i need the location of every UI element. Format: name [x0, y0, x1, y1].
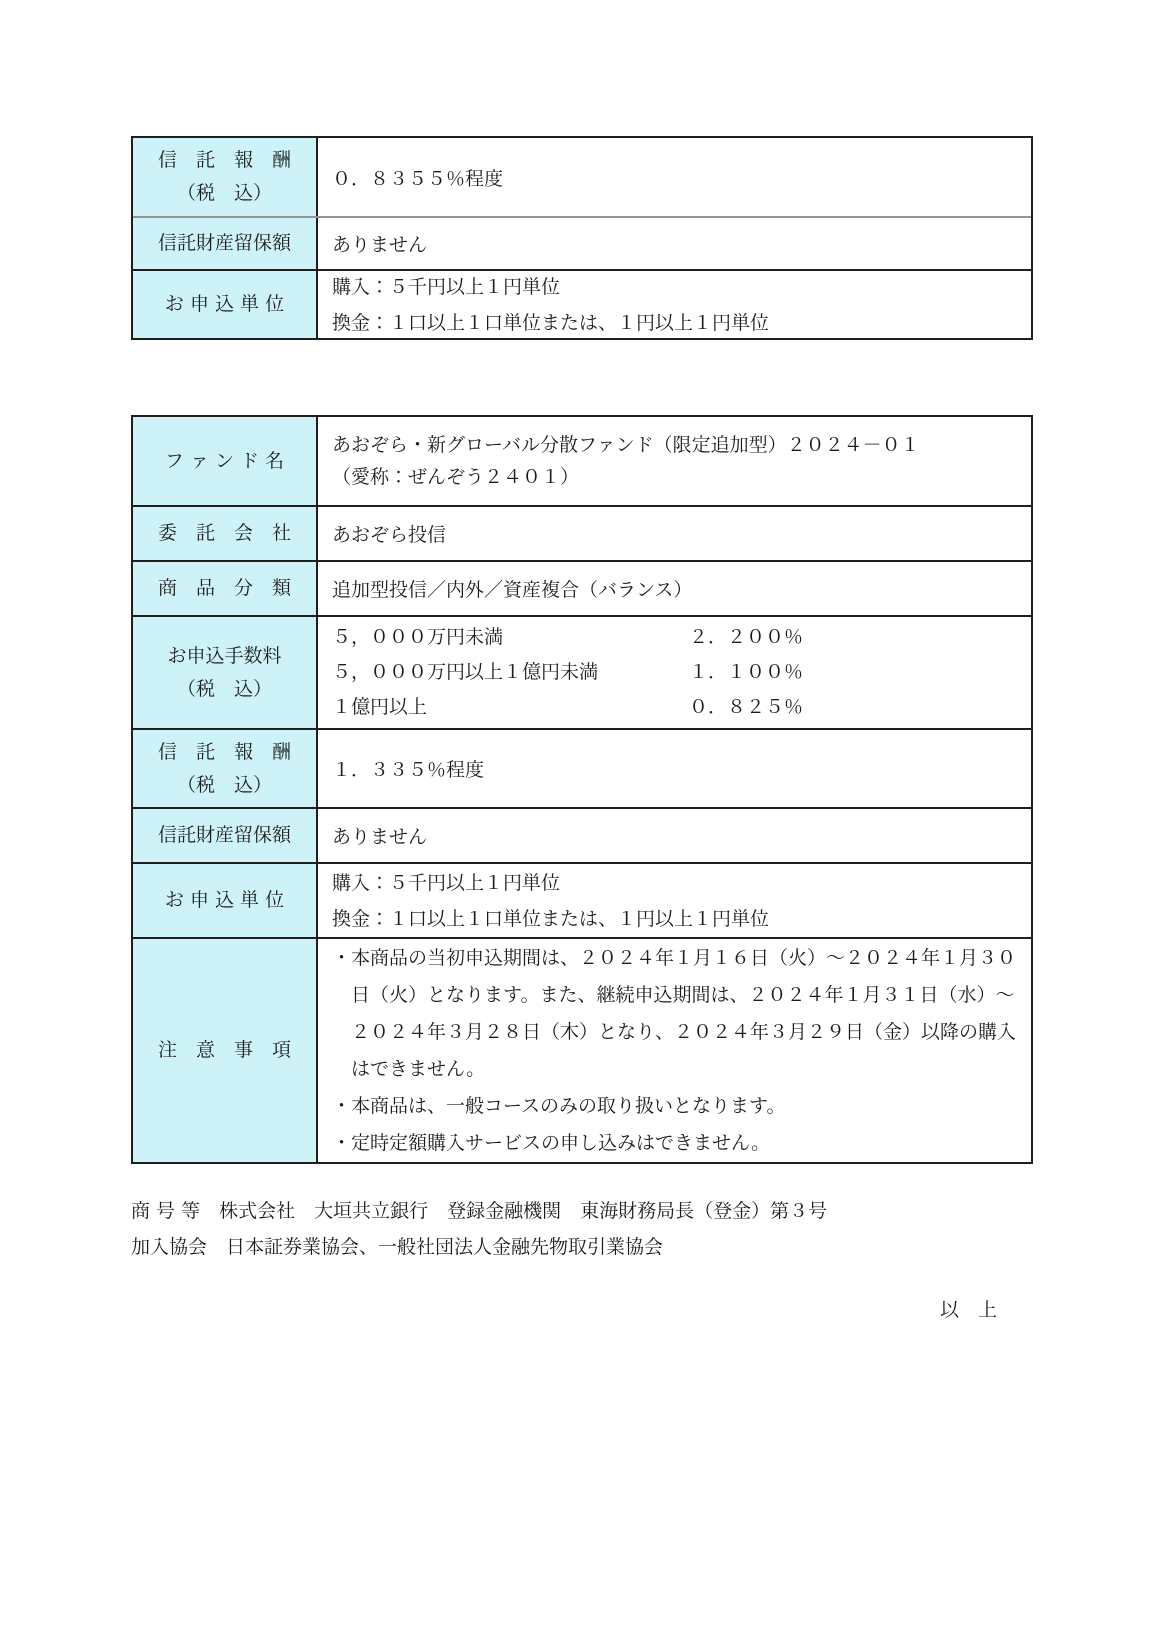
row-label-application-fee: お申込手数料 （税 込） — [133, 617, 318, 728]
table-row-trust-fee: 信 託 報 酬 （税 込） １．３３５％程度 — [133, 728, 1031, 807]
row-label-fund-name: フ ァ ン ド 名 — [133, 417, 318, 505]
fee-tier: １億円以上 ０．８２５％ — [332, 690, 1019, 725]
note-item: ・本商品の当初申込期間は、２０２４年１月１６日（火）～２０２４年１月３０日（火）… — [332, 940, 1019, 1088]
row-value-application-units: 購入：５千円以上１円単位 換金：１口以上１口単位または、１円以上１円単位 — [318, 271, 1031, 338]
label-line: フ ァ ン ド 名 — [165, 445, 284, 478]
label-line: 注 意 事 項 — [158, 1034, 291, 1067]
row-value-notes: ・本商品の当初申込期間は、２０２４年１月１６日（火）～２０２４年１月３０日（火）… — [318, 939, 1031, 1162]
label-line: （税 込） — [177, 673, 272, 706]
note-item: ・本商品は、一般コースのみの取り扱いとなります。 — [332, 1088, 1019, 1125]
row-value-fund-name: あおぞら・新グローバル分散ファンド（限定追加型）２０２４－０１ （愛称：ぜんぞう… — [318, 417, 1031, 505]
value-line-redemption: 換金：１口以上１口単位または、１円以上１円単位 — [332, 305, 1019, 341]
table-row-trust-fee: 信 託 報 酬 （税 込） ０．８３５５％程度 — [133, 138, 1031, 216]
row-label-notes: 注 意 事 項 — [133, 939, 318, 1162]
label-line: 委 託 会 社 — [158, 517, 291, 550]
label-line: （税 込） — [177, 769, 272, 802]
row-value-retained-assets: ありません — [318, 809, 1031, 862]
value-line-fund-title: あおぞら・新グローバル分散ファンド（限定追加型）２０２４－０１ — [332, 429, 1019, 461]
value-line: ありません — [332, 822, 1019, 849]
fee-tier-rate: １．１００％ — [689, 655, 1019, 690]
label-line: 信 託 報 酬 — [158, 144, 291, 177]
value-line-redemption: 換金：１口以上１口単位または、１円以上１円単位 — [332, 901, 1019, 937]
fund-summary-table-top: 信 託 報 酬 （税 込） ０．８３５５％程度 信託財産留保額 ありません お … — [131, 136, 1033, 340]
footer-association-line: 加入協会 日本証券業協会、一般社団法人金融先物取引業協会 — [131, 1234, 663, 1260]
row-label-application-units: お 申 込 単 位 — [133, 271, 318, 338]
value-line: ありません — [332, 230, 1019, 257]
table-row-application-units: お 申 込 単 位 購入：５千円以上１円単位 換金：１口以上１口単位または、１円… — [133, 269, 1031, 338]
value-line: １．３３５％程度 — [332, 755, 1019, 782]
fee-tier-rate: ２．２００％ — [689, 620, 1019, 655]
value-line: あおぞら投信 — [332, 520, 1019, 547]
row-label-trust-fee: 信 託 報 酬 （税 込） — [133, 138, 318, 216]
closing-mark: 以 上 — [940, 1297, 997, 1323]
row-label-product-category: 商 品 分 類 — [133, 562, 318, 615]
row-value-retained-assets: ありません — [318, 218, 1031, 269]
value-line-fund-nickname: （愛称：ぜんぞう２４０１） — [332, 461, 1019, 493]
fee-tier: ５，０００万円以上１億円未満 １．１００％ — [332, 655, 1019, 690]
label-line: お 申 込 単 位 — [165, 288, 284, 321]
document-page: 信 託 報 酬 （税 込） ０．８３５５％程度 信託財産留保額 ありません お … — [0, 0, 1170, 1652]
value-line: ０．８３５５％程度 — [332, 164, 1019, 191]
row-value-management-company: あおぞら投信 — [318, 507, 1031, 560]
table-row-fund-name: フ ァ ン ド 名 あおぞら・新グローバル分散ファンド（限定追加型）２０２４－０… — [133, 417, 1031, 505]
value-line-purchase: 購入：５千円以上１円単位 — [332, 269, 1019, 305]
label-line: 信託財産留保額 — [158, 819, 291, 852]
table-row-notes: 注 意 事 項 ・本商品の当初申込期間は、２０２４年１月１６日（火）～２０２４年… — [133, 937, 1031, 1162]
row-value-application-units: 購入：５千円以上１円単位 換金：１口以上１口単位または、１円以上１円単位 — [318, 864, 1031, 937]
row-label-trust-fee: 信 託 報 酬 （税 込） — [133, 730, 318, 807]
fee-tier-name: １億円以上 — [332, 690, 689, 725]
row-value-application-fee: ５，０００万円未満 ２．２００％ ５，０００万円以上１億円未満 １．１００％ １… — [318, 617, 1031, 728]
row-label-management-company: 委 託 会 社 — [133, 507, 318, 560]
note-item: ・定時定額購入サービスの申し込みはできません。 — [332, 1125, 1019, 1162]
label-line: 商 品 分 類 — [158, 572, 291, 605]
label-line: 信 託 報 酬 — [158, 736, 291, 769]
row-value-trust-fee: ０．８３５５％程度 — [318, 138, 1031, 216]
fund-detail-table: フ ァ ン ド 名 あおぞら・新グローバル分散ファンド（限定追加型）２０２４－０… — [131, 415, 1033, 1164]
fee-tier-name: ５，０００万円未満 — [332, 620, 689, 655]
label-line: 信託財産留保額 — [158, 227, 291, 260]
table-row-product-category: 商 品 分 類 追加型投信／内外／資産複合（バランス） — [133, 560, 1031, 615]
value-line: 追加型投信／内外／資産複合（バランス） — [332, 575, 1019, 602]
footer-trade-name-line: 商 号 等 株式会社 大垣共立銀行 登録金融機関 東海財務局長（登金）第３号 — [131, 1198, 827, 1224]
value-line-purchase: 購入：５千円以上１円単位 — [332, 865, 1019, 901]
table-row-retained-assets: 信託財産留保額 ありません — [133, 807, 1031, 862]
table-row-management-company: 委 託 会 社 あおぞら投信 — [133, 505, 1031, 560]
row-label-application-units: お 申 込 単 位 — [133, 864, 318, 937]
table-row-application-units: お 申 込 単 位 購入：５千円以上１円単位 換金：１口以上１口単位または、１円… — [133, 862, 1031, 937]
label-line: お 申 込 単 位 — [165, 884, 284, 917]
fee-tier-rate: ０．８２５％ — [689, 690, 1019, 725]
row-label-retained-assets: 信託財産留保額 — [133, 809, 318, 862]
fee-tier-name: ５，０００万円以上１億円未満 — [332, 655, 689, 690]
row-value-product-category: 追加型投信／内外／資産複合（バランス） — [318, 562, 1031, 615]
row-value-trust-fee: １．３３５％程度 — [318, 730, 1031, 807]
label-line: （税 込） — [177, 177, 272, 210]
row-label-retained-assets: 信託財産留保額 — [133, 218, 318, 269]
fee-tier: ５，０００万円未満 ２．２００％ — [332, 620, 1019, 655]
label-line: お申込手数料 — [167, 640, 281, 673]
table-row-application-fee: お申込手数料 （税 込） ５，０００万円未満 ２．２００％ ５，０００万円以上１… — [133, 615, 1031, 728]
table-row-retained-assets: 信託財産留保額 ありません — [133, 216, 1031, 269]
